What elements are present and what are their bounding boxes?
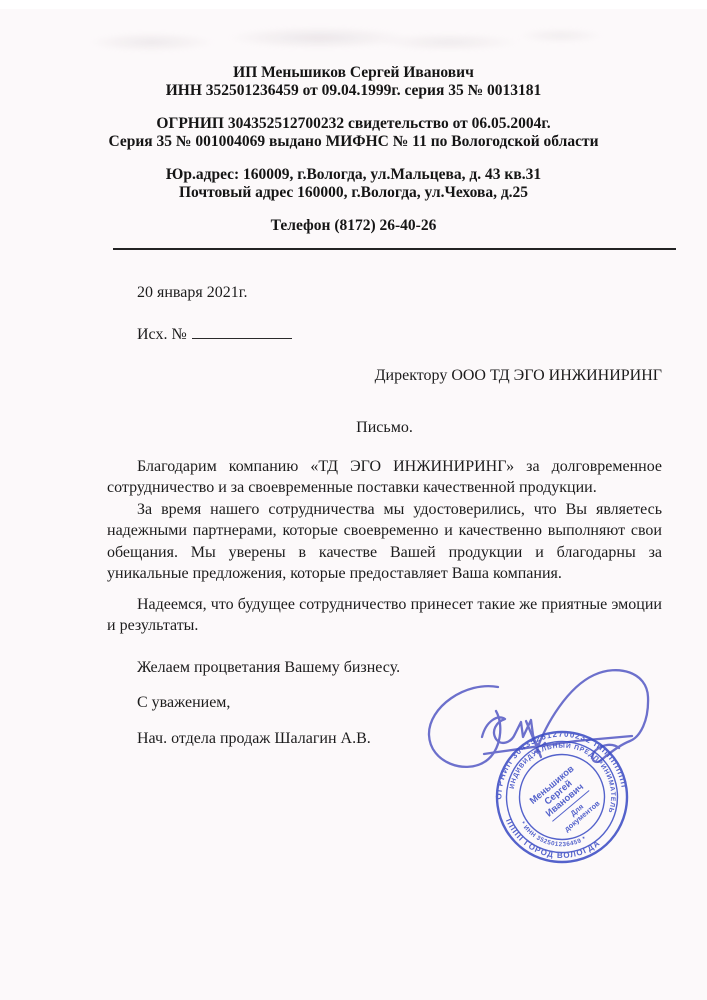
stamp-inn-arc-text: * ИНН 352501236459 * — [515, 819, 588, 855]
outgoing-ref-line: Исх. № — [107, 324, 662, 346]
letter-body: 20 января 2021г. Исх. № Директору ООО ТД… — [107, 282, 662, 750]
letterhead-postal-address: Почтовый адрес 160000, г.Вологда, ул.Чех… — [0, 184, 707, 202]
stamp-center-block: Меньшиков Сергей Иванович Для документов — [527, 763, 603, 839]
letterhead-gap — [0, 150, 707, 166]
scan-edge-strip — [0, 0, 707, 9]
svg-text:* ИНН 352501236459 *: * ИНН 352501236459 * — [515, 819, 588, 855]
stamp-center-divider — [552, 791, 589, 822]
stamp-middle-ring — [495, 730, 630, 865]
letterhead-legal-address: Юр.адрес: 160009, г.Вологда, ул.Мальцева… — [0, 166, 707, 184]
svg-text:IIIIIIII ГОРОД ВОЛОГДА: IIIIIIII ГОРОД ВОЛОГДА — [498, 815, 604, 867]
closing-wish: Желаем процветания Вашему бизнесу. — [107, 657, 662, 679]
stamp-purpose-word1: Для — [568, 802, 585, 818]
letterhead-company-name: ИП Меньшиков Сергей Иванович — [0, 64, 707, 82]
letterhead-phone: Телефон (8172) 26-40-26 — [0, 217, 707, 235]
letterhead-gap — [0, 201, 707, 217]
outgoing-ref-label: Исх. № — [137, 326, 187, 343]
letter-title: Письмо. — [107, 417, 662, 439]
recipient-line: Директору ООО ТД ЭГО ИНЖИНИРИНГ — [107, 365, 662, 387]
letterhead-ogrnip-line: ОГРНИП 304352512700232 свидетельство от … — [0, 115, 707, 133]
outgoing-ref-blank — [192, 324, 292, 339]
letterhead-inn-line: ИНН 352501236459 от 09.04.1999г. серия 3… — [0, 82, 707, 100]
paragraph-partnership: За время нашего сотрудничества мы удосто… — [107, 499, 662, 585]
scanned-letter-page: ИП Меньшиков Сергей Иванович ИНН 3525012… — [0, 0, 707, 1000]
stamp-city-arc-text: IIIIIIII ГОРОД ВОЛОГДА — [498, 815, 604, 867]
paragraph-gratitude: Благодарим компанию «ТД ЭГО ИНЖИНИРИНГ» … — [107, 456, 662, 499]
paragraph-hope: Надеемся, что будущее сотрудничество при… — [107, 594, 662, 637]
stamp-center-firstname: Сергей — [542, 777, 574, 807]
faded-watermark-smudge — [40, 18, 660, 62]
letterhead: ИП Меньшиков Сергей Иванович ИНН 3525012… — [0, 64, 707, 235]
stamp-inner-ring — [510, 745, 613, 848]
stamp-purpose-word2: документов — [562, 798, 601, 833]
letterhead-series-line: Серия 35 № 001004069 выдано МИФНС № 11 п… — [0, 133, 707, 151]
letter-date: 20 января 2021г. — [107, 282, 662, 304]
letterhead-gap — [0, 99, 707, 115]
stamp-center-surname: Меньшиков — [527, 763, 576, 806]
signer-line: Нач. отдела продаж Шалагин А.В. — [107, 728, 662, 750]
stamp-center-patronymic: Иванович — [543, 781, 585, 819]
letterhead-divider — [113, 248, 676, 250]
closing-regards: С уважением, — [107, 692, 662, 714]
